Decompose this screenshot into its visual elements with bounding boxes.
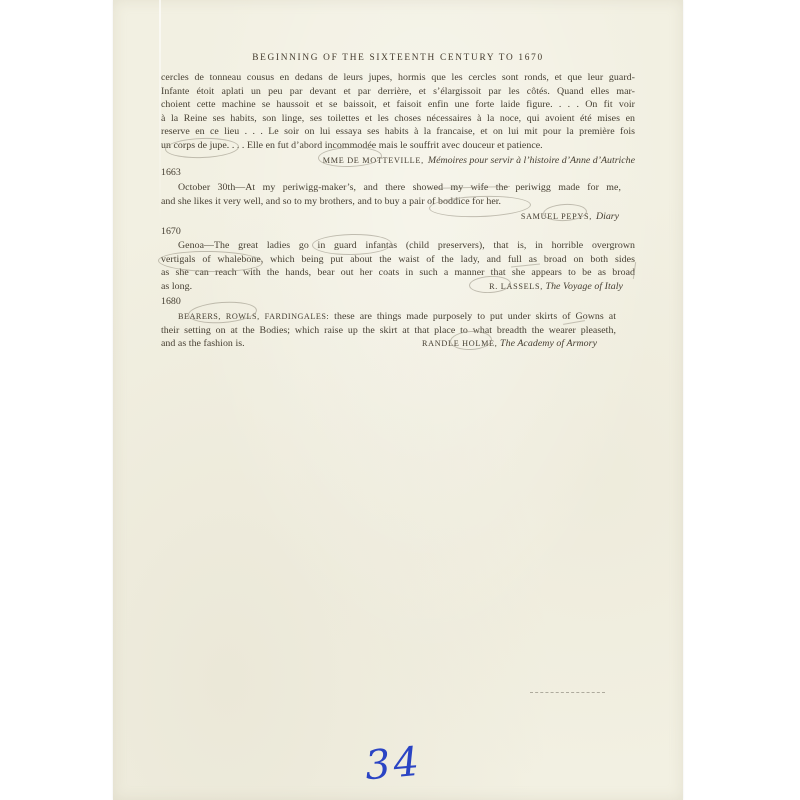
paragraph-line: October 30th—At my periwigg-maker’s, and…: [161, 181, 621, 195]
attribution-work: The Voyage of Italy: [546, 281, 623, 292]
year-label-1680: 1680: [161, 296, 181, 307]
pencil-dashed-mark: [530, 692, 605, 693]
handwritten-page-number: 34: [363, 739, 424, 790]
attribution-work: The Academy of Armory: [500, 338, 597, 349]
year-label-1670: 1670: [161, 226, 181, 237]
paragraph-line: reserve en ce lieu . . . Le soir on lui …: [161, 125, 635, 139]
paragraph-last-line: as long. R. LASSELS, The Voyage of Italy: [161, 280, 635, 294]
paragraph-line: these are things made purposely to put u…: [329, 311, 616, 322]
attribution: RANDLE HOLME, The Academy of Armory: [422, 337, 597, 351]
page-header: BEGINNING OF THE SIXTEENTH CENTURY TO 16…: [161, 53, 635, 63]
paragraph-line: Genoa—The great ladies go in guard infan…: [161, 239, 635, 253]
attribution-work: Diary: [596, 211, 619, 222]
paragraph-last-line: and as the fashion is. RANDLE HOLME, The…: [161, 337, 616, 351]
paragraph-line: as long.: [161, 280, 192, 294]
paragraph-line: cercles de tonneau cousus en dedans de l…: [161, 71, 635, 85]
paragraph-line: and as the fashion is.: [161, 337, 245, 351]
year-label-1663: 1663: [161, 167, 181, 178]
paper-page: BEGINNING OF THE SIXTEENTH CENTURY TO 16…: [113, 0, 683, 800]
paragraph-line: Infante étoit aplati un peu par devant e…: [161, 85, 635, 99]
attribution: MME DE MOTTEVILLE, Mémoires pour servir …: [161, 152, 635, 166]
attribution-work: Mémoires pour servir à l’histoire d’Anne…: [428, 155, 635, 166]
paragraph-line: choient cette machine se haussoit et se …: [161, 98, 635, 112]
paragraph-line: their setting on at the Bodies; which ra…: [161, 324, 616, 338]
paragraph-line: à la Reine ses habits, son linge, ses to…: [161, 112, 635, 126]
